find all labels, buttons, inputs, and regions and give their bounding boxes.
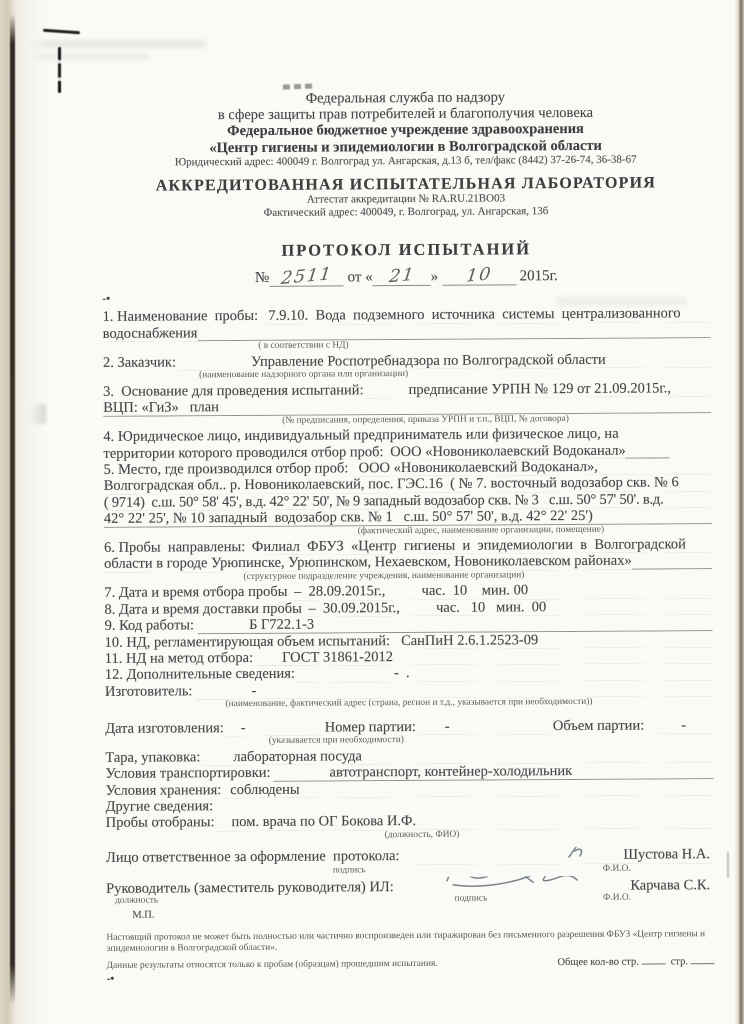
signature-caption: подпись <box>455 893 488 904</box>
org-header: Федеральная служба по надзору в сфере за… <box>101 88 710 288</box>
field-value: - <box>419 718 553 736</box>
field-caption: (наименование, фактический адрес (страна… <box>225 697 592 710</box>
page-label: стр. <box>671 956 688 967</box>
field-label: Тара, упаковка: <box>105 749 200 766</box>
field-label: 7. Дата и время отбора пробы <box>104 584 291 601</box>
field-label: 12. Дополнительные сведения: <box>105 666 295 683</box>
field-caption: (№ предписания, определения, приказа УРП… <box>282 414 569 427</box>
page-count-line: Общее кол-во стр. стр. <box>557 954 714 971</box>
scan-left-edge <box>0 0 48 1024</box>
pen-mark-vertical <box>58 47 61 93</box>
edge-tick-artifact <box>727 852 729 878</box>
field-caption: ( в соответствии с НД) <box>258 341 348 353</box>
field-value: ВЦП: «ГиЗ» план <box>103 399 219 416</box>
document-body: Федеральная служба по надзору в сфере за… <box>101 88 714 985</box>
field-label: 10. НД, регламентирующая объем испытаний… <box>105 633 390 651</box>
field-label: 6. Пробы направлены: <box>104 539 245 556</box>
field-caption: (должность, ФИО) <box>385 829 460 840</box>
quote-close: » <box>431 269 439 285</box>
field-label: 8. Дата и время доставки пробы <box>104 600 305 617</box>
protocol-number-line: №2511 от «21» 10 2015г. <box>102 266 710 288</box>
field-label: 2. Заказчик: <box>103 354 176 371</box>
scanned-protocol-page: Федеральная служба по надзору в сфере за… <box>0 0 744 1024</box>
field-caption-row: (наименование, фактический адрес (страна… <box>105 696 713 712</box>
field-label: 9. Код работы: <box>104 618 194 635</box>
field-caption: (структурное подразделение учреждения, н… <box>243 570 524 583</box>
smudge-mark <box>283 83 315 89</box>
field-label: Условия хранения: <box>105 782 221 799</box>
actual-address: Фактический адрес: 400049, г. Волгоград,… <box>102 204 710 221</box>
field-value: - <box>227 719 325 737</box>
field-value: - <box>647 717 713 735</box>
field-label: территории которого проводился отбор про… <box>103 444 383 462</box>
field-label: 5. Место, где производился отбор проб: <box>104 460 349 478</box>
field-label: Дата изготовления: <box>105 720 224 737</box>
field-label: 3. Основание для проведения испытаний: <box>103 382 364 400</box>
field-label: Объем партии: <box>553 717 644 734</box>
page-blank <box>691 954 715 964</box>
protocol-month-handwritten: 10 <box>465 267 493 286</box>
field-label: Пробы отобраны: <box>106 815 215 832</box>
field-value: водоснабжения <box>103 325 198 342</box>
footnote-copyright: Настоящий протокол не может быть полност… <box>106 929 714 956</box>
field-caption: (наименование надзорного органа или орга… <box>199 369 408 381</box>
field-caption: (указывается при необходимости) <box>269 735 404 747</box>
field-label: Другие сведения: <box>106 798 214 815</box>
field-label: Номер партии: <box>325 719 416 736</box>
post-caption: должность <box>115 895 158 906</box>
signature-caption: подпись <box>333 865 366 876</box>
scan-edge-dark-line <box>10 14 15 1004</box>
protocol-title: ПРОТОКОЛ ИСПЫТАНИЙ <box>102 240 710 260</box>
footnote-results: Данные результаты относятся только к про… <box>107 959 438 973</box>
field-caption: (фактический адрес, наименование организ… <box>358 524 604 537</box>
quote-open: « <box>365 269 373 285</box>
field-label: Условия транспортировки: <box>105 765 270 782</box>
dash-bullet-mark: -• <box>107 970 715 985</box>
scan-right-edge <box>734 0 744 1024</box>
field-caption-row: (должность, ФИО) <box>106 828 714 844</box>
signature-karchava <box>441 875 581 891</box>
field-label: Лицо ответственное за оформление протоко… <box>106 848 400 866</box>
legal-address: Юридический адрес: 400049 г. Волгоград у… <box>102 153 710 170</box>
ot-word: от <box>348 269 362 285</box>
protocol-year: 2015г. <box>520 268 558 284</box>
field-label: 11. НД на метод отбора: <box>105 650 253 667</box>
pen-mark-horizontal <box>43 29 80 35</box>
signature-shustova <box>564 846 598 859</box>
field-label: Изготовитель: <box>105 683 193 700</box>
field-label: 1. Наименование пробы: <box>103 308 259 325</box>
fio-caption: Ф.И.О. <box>603 892 631 903</box>
protocol-day-handwritten: 21 <box>388 267 416 286</box>
fio-caption: Ф.И.О. <box>603 863 631 874</box>
pages-total-label: Общее кол-во стр. <box>557 956 638 967</box>
protocol-number-handwritten: 2511 <box>280 266 333 287</box>
number-sign: № <box>255 270 269 286</box>
dash-bullet-mark: -• <box>103 291 711 306</box>
pages-total-blank <box>641 954 665 964</box>
responsible-person-name: Шустова Н.А. <box>623 846 714 863</box>
